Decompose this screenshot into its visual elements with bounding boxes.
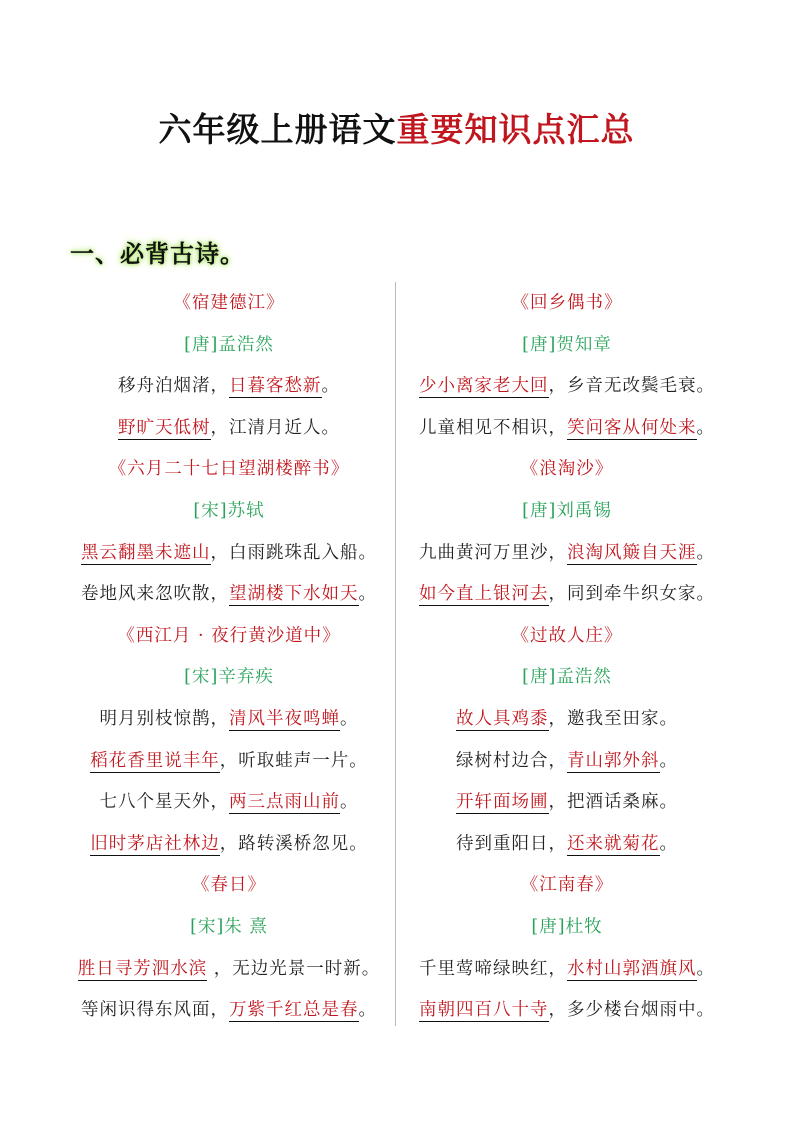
verse-highlight: 浪淘风簸自天涯	[567, 543, 697, 565]
verse-highlight: 少小离家老大回	[419, 376, 549, 398]
verse-highlight: 如今直上银河去	[419, 584, 549, 606]
verse-plain: 。	[660, 751, 679, 771]
verse-plain: ，多少楼台烟雨中。	[549, 1000, 716, 1020]
verse-plain: ，乡音无改鬓毛衰。	[549, 376, 716, 396]
poem-author: [宋]辛弃疾	[64, 657, 394, 699]
verse-plain: 。	[697, 418, 716, 438]
poem-title: 《西江月 · 夜行黄沙道中》	[64, 616, 394, 658]
poem-author: [唐]杜牧	[402, 907, 732, 949]
verse-highlight: 水村山郭酒旗风	[567, 959, 697, 981]
verse-plain: 儿童相见不相识，	[419, 418, 567, 438]
verse-line: 卷地风来忽吹散，望湖楼下水如天。	[64, 574, 394, 616]
poem: 《江南春》 [唐]杜牧 千里莺啼绿映红，水村山郭酒旗风。 南朝四百八十寺，多少楼…	[402, 865, 732, 1031]
verse-line: 绿树村边合，青山郭外斜。	[402, 741, 732, 783]
verse-plain: 等闲识得东风面，	[81, 1000, 229, 1020]
verse-highlight: 清风半夜鸣蝉	[229, 709, 340, 731]
verse-plain: 明月别枝惊鹊，	[100, 709, 230, 729]
document-title-black: 六年级上册语文	[159, 110, 397, 149]
verse-highlight: 胜日寻芳泗水滨	[78, 959, 208, 981]
verse-line: 如今直上银河去，同到牵牛织女家。	[402, 574, 732, 616]
verse-plain: ，邀我至田家。	[549, 709, 679, 729]
verse-highlight: 黑云翻墨未遮山	[81, 543, 211, 565]
verse-line: 七八个星天外，两三点雨山前。	[64, 782, 394, 824]
verse-highlight: 青山郭外斜	[567, 751, 660, 773]
verse-plain: 。	[359, 584, 378, 604]
verse-line: 胜日寻芳泗水滨 ，无边光景一时新。	[64, 949, 394, 991]
verse-line: 故人具鸡黍，邀我至田家。	[402, 699, 732, 741]
verse-line: 待到重阳日，还来就菊花。	[402, 824, 732, 866]
verse-line: 千里莺啼绿映红，水村山郭酒旗风。	[402, 949, 732, 991]
verse-highlight: 还来就菊花	[567, 834, 660, 856]
verse-highlight: 旧时茅店社林边	[90, 834, 220, 856]
verse-line: 开轩面场圃，把酒话桑麻。	[402, 782, 732, 824]
verse-plain: 。	[359, 1000, 378, 1020]
verse-plain: 。	[697, 959, 716, 979]
poem-title: 《六月二十七日望湖楼醉书》	[64, 449, 394, 491]
poem-title: 《春日》	[64, 865, 394, 907]
verse-line: 黑云翻墨未遮山，白雨跳珠乱入船。	[64, 533, 394, 575]
verse-highlight: 野旷天低树	[118, 418, 211, 440]
poem-author: [唐]孟浩然	[64, 325, 394, 367]
poem-author: [宋]朱 熹	[64, 907, 394, 949]
verse-highlight: 日暮客愁新	[229, 376, 322, 398]
poem: 《浪淘沙》 [唐]刘禹锡 九曲黄河万里沙，浪淘风簸自天涯。 如今直上银河去，同到…	[402, 449, 732, 615]
verse-line: 九曲黄河万里沙，浪淘风簸自天涯。	[402, 533, 732, 575]
verse-plain: 七八个星天外，	[100, 792, 230, 812]
left-column: 《宿建德江》 [唐]孟浩然 移舟泊烟渚，日暮客愁新。 野旷天低树，江清月近人。 …	[64, 283, 394, 1032]
verse-plain: 。	[322, 376, 341, 396]
verse-highlight: 故人具鸡黍	[456, 709, 549, 731]
verse-line: 明月别枝惊鹊，清风半夜鸣蝉。	[64, 699, 394, 741]
verse-plain: 。	[697, 543, 716, 563]
verse-line: 等闲识得东风面，万紫千红总是春。	[64, 990, 394, 1032]
document-title-red: 重要知识点汇总	[397, 110, 635, 149]
poem: 《回乡偶书》 [唐]贺知章 少小离家老大回，乡音无改鬓毛衰。 儿童相见不相识，笑…	[402, 283, 732, 449]
poem-title: 《江南春》	[402, 865, 732, 907]
verse-plain: 九曲黄河万里沙，	[419, 543, 567, 563]
verse-line: 野旷天低树，江清月近人。	[64, 408, 394, 450]
poem: 《过故人庄》 [唐]孟浩然 故人具鸡黍，邀我至田家。 绿树村边合，青山郭外斜。 …	[402, 616, 732, 866]
poem: 《西江月 · 夜行黄沙道中》 [宋]辛弃疾 明月别枝惊鹊，清风半夜鸣蝉。 稻花香…	[64, 616, 394, 866]
document-title: 六年级上册语文重要知识点汇总	[0, 104, 793, 151]
poem-author: [唐]刘禹锡	[402, 491, 732, 533]
poem-author: [唐]孟浩然	[402, 657, 732, 699]
verse-plain: ，江清月近人。	[211, 418, 341, 438]
verse-highlight: 笑问客从何处来	[567, 418, 697, 440]
verse-plain: ，路转溪桥忽见。	[220, 834, 368, 854]
verse-plain: 移舟泊烟渚，	[118, 376, 229, 396]
verse-plain: 。	[660, 834, 679, 854]
verse-plain: ，听取蛙声一片。	[220, 751, 368, 771]
verse-highlight: 南朝四百八十寺	[419, 1000, 549, 1022]
poem: 《六月二十七日望湖楼醉书》 [宋]苏轼 黑云翻墨未遮山，白雨跳珠乱入船。 卷地风…	[64, 449, 394, 615]
verse-highlight: 开轩面场圃	[456, 792, 549, 814]
verse-plain: ，同到牵牛织女家。	[549, 584, 716, 604]
verse-plain: 。	[340, 709, 359, 729]
verse-line: 旧时茅店社林边，路转溪桥忽见。	[64, 824, 394, 866]
verse-highlight: 望湖楼下水如天	[229, 584, 359, 606]
verse-plain: 绿树村边合，	[456, 751, 567, 771]
verse-plain: 。	[340, 792, 359, 812]
poem: 《春日》 [宋]朱 熹 胜日寻芳泗水滨 ，无边光景一时新。 等闲识得东风面，万紫…	[64, 865, 394, 1031]
verse-highlight: 稻花香里说丰年	[90, 751, 220, 773]
right-column: 《回乡偶书》 [唐]贺知章 少小离家老大回，乡音无改鬓毛衰。 儿童相见不相识，笑…	[402, 283, 732, 1032]
poem-title: 《过故人庄》	[402, 616, 732, 658]
verse-plain: 待到重阳日，	[456, 834, 567, 854]
poem-author: [宋]苏轼	[64, 491, 394, 533]
poem-title: 《宿建德江》	[64, 283, 394, 325]
poem: 《宿建德江》 [唐]孟浩然 移舟泊烟渚，日暮客愁新。 野旷天低树，江清月近人。	[64, 283, 394, 449]
column-divider	[395, 282, 396, 1026]
verse-plain: 千里莺啼绿映红，	[419, 959, 567, 979]
verse-highlight: 万紫千红总是春	[229, 1000, 359, 1022]
verse-highlight: 两三点雨山前	[229, 792, 340, 814]
section-heading: 一、必背古诗。	[70, 234, 245, 269]
verse-line: 少小离家老大回，乡音无改鬓毛衰。	[402, 366, 732, 408]
poem-author: [唐]贺知章	[402, 325, 732, 367]
poem-title: 《回乡偶书》	[402, 283, 732, 325]
verse-line: 南朝四百八十寺，多少楼台烟雨中。	[402, 990, 732, 1032]
verse-plain: ，无边光景一时新。	[207, 959, 380, 979]
poem-title: 《浪淘沙》	[402, 449, 732, 491]
verse-plain: 卷地风来忽吹散，	[81, 584, 229, 604]
verse-line: 稻花香里说丰年，听取蛙声一片。	[64, 741, 394, 783]
verse-plain: ，白雨跳珠乱入船。	[211, 543, 378, 563]
verse-line: 儿童相见不相识，笑问客从何处来。	[402, 408, 732, 450]
verse-plain: ，把酒话桑麻。	[549, 792, 679, 812]
verse-line: 移舟泊烟渚，日暮客愁新。	[64, 366, 394, 408]
